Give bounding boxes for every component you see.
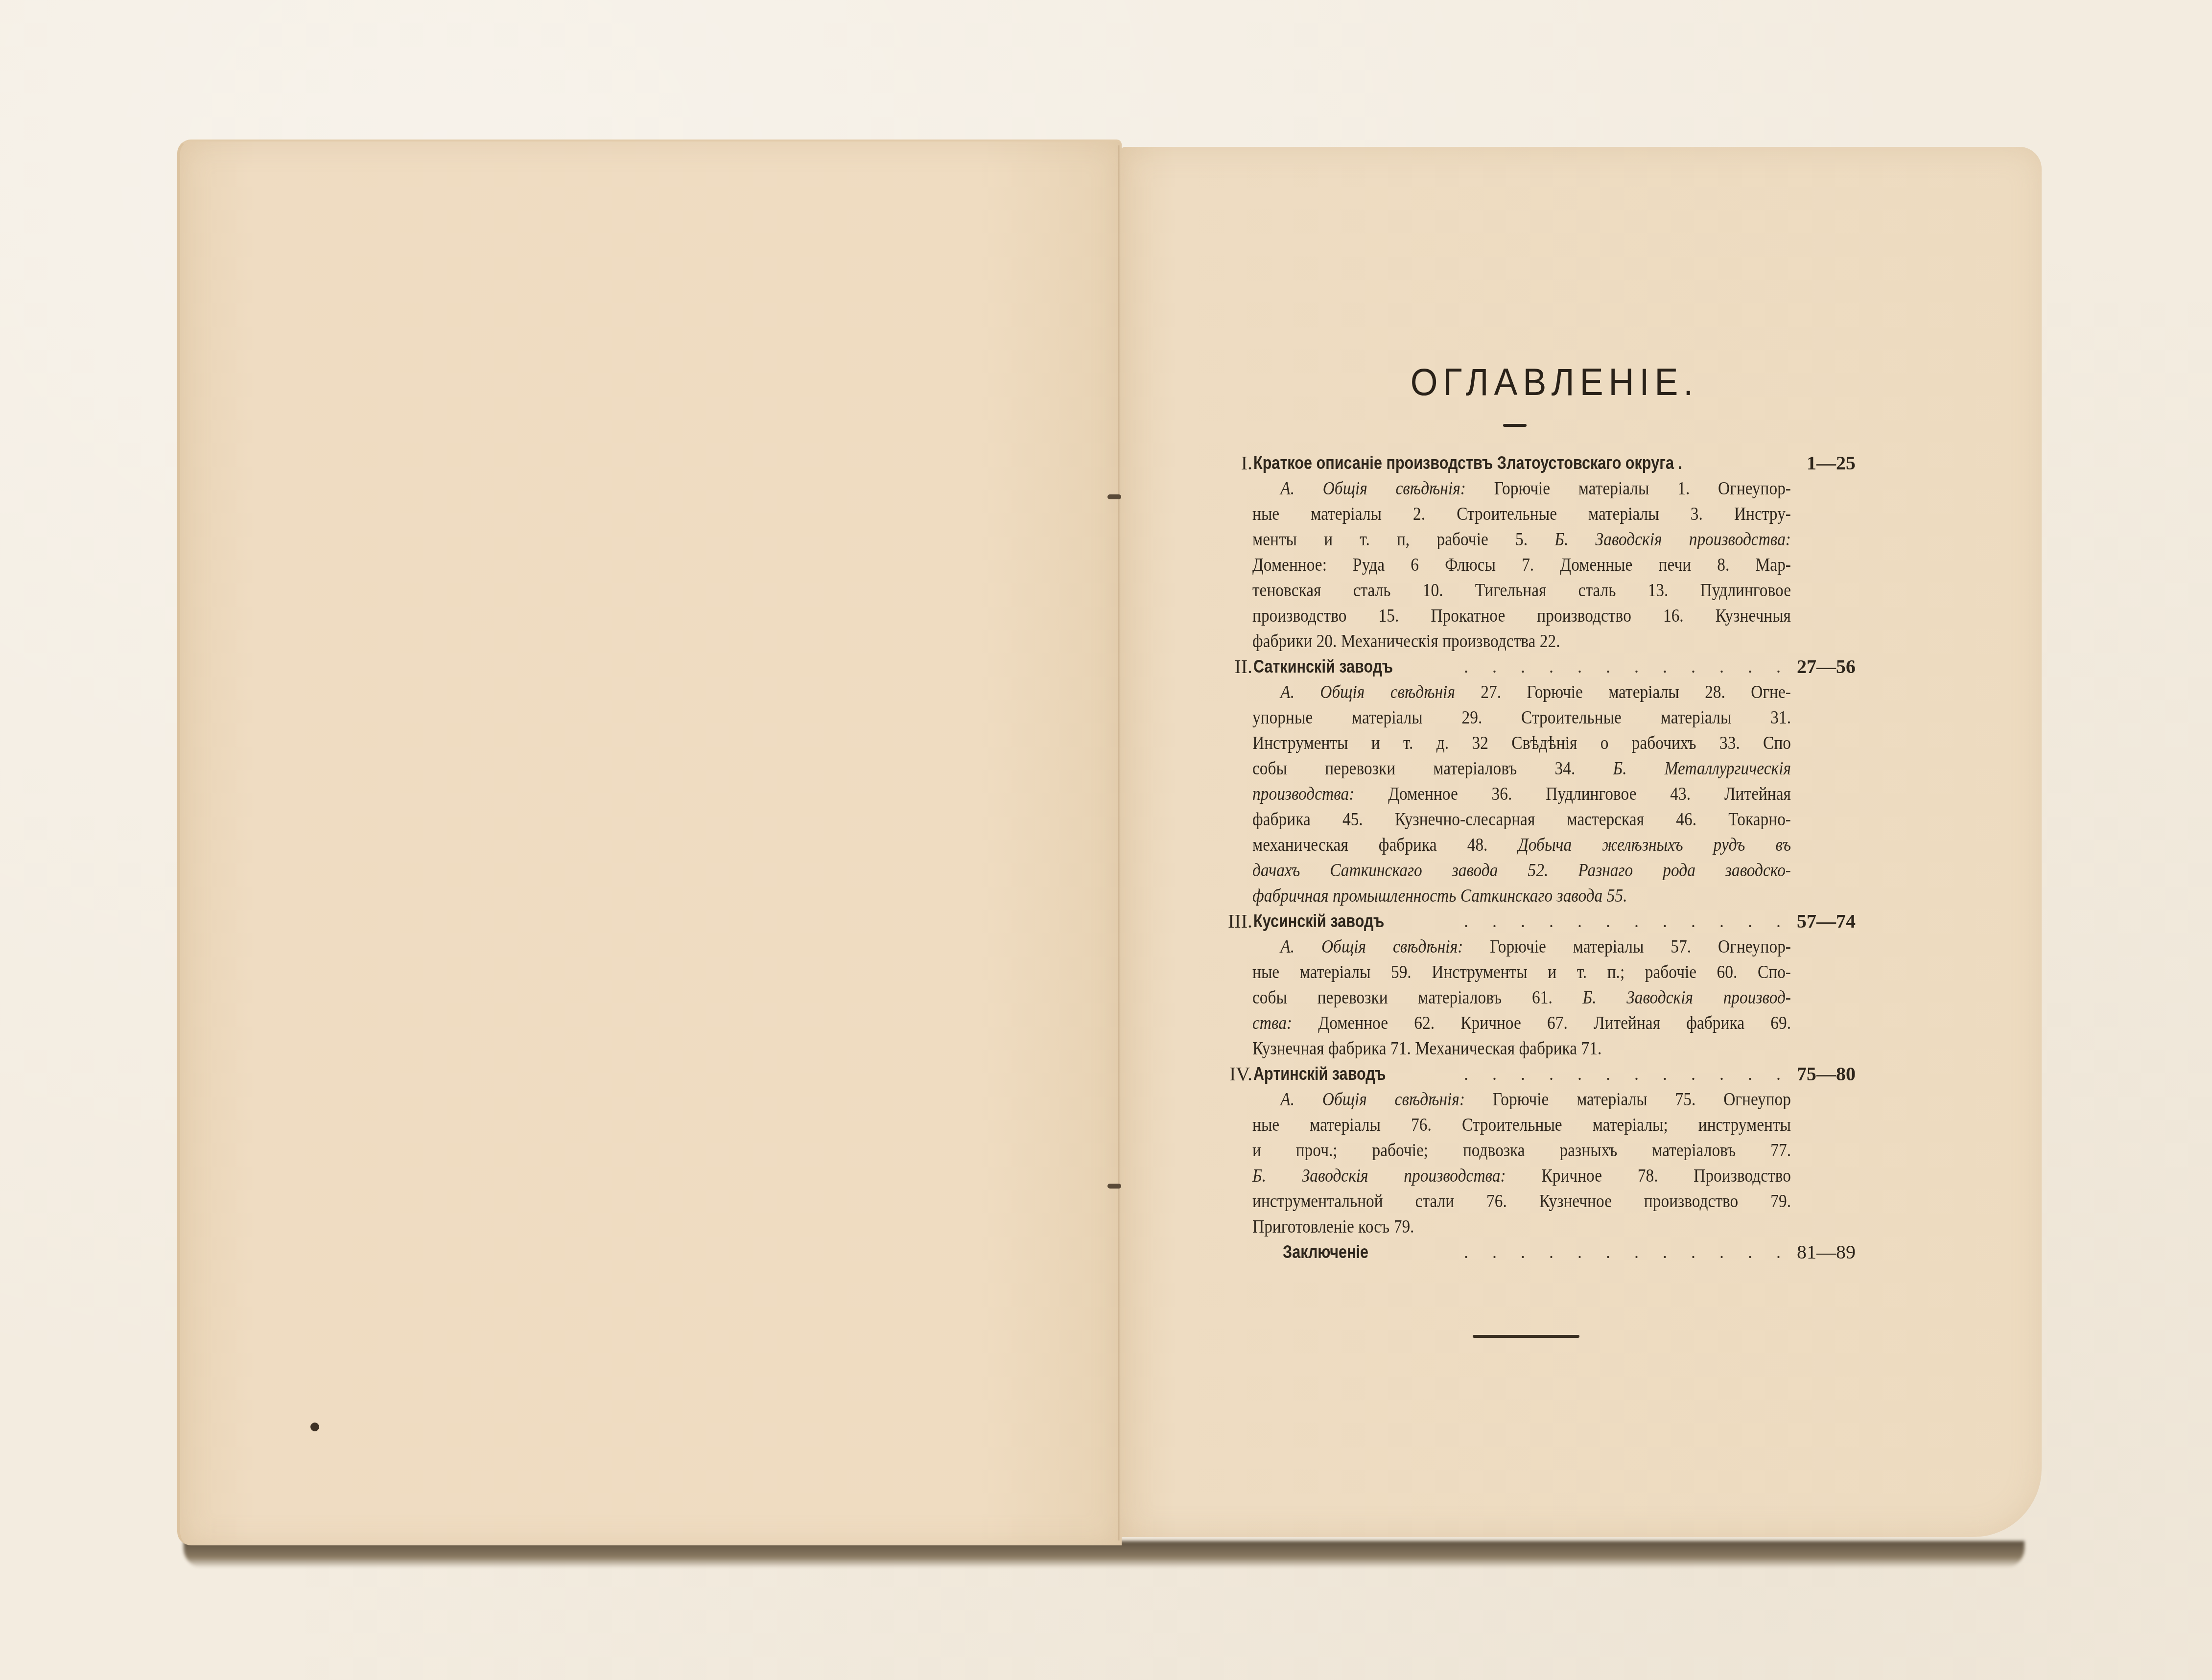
- italic-run: А. Общія свѣдѣнія:: [1280, 1089, 1465, 1110]
- text-run: Горючіе матеріалы 75. Огнеупор: [1465, 1089, 1791, 1110]
- italic-run: ства:: [1252, 1013, 1292, 1033]
- italic-run: фабричная промышленность Саткинскаго зав…: [1252, 886, 1627, 906]
- italic-run: Добыча желѣзныхъ рудъ въ: [1518, 835, 1791, 855]
- end-rule-divider: [1473, 1335, 1579, 1338]
- section-page-range: 75—80: [1797, 1061, 1856, 1087]
- section-title: Краткое описаніе производствъ Златоустов…: [1253, 450, 1682, 476]
- text-run: фабрики 20. Механическія производства 22…: [1252, 631, 1560, 652]
- toc-section: II. Саткинскій заводъ . . . . . . . . . …: [1209, 654, 1865, 909]
- toc-line: ства: Доменное 62. Кричное 67. Литейная …: [1252, 1010, 1791, 1036]
- toc-entry-header[interactable]: I. Краткое описаніе производствъ Златоус…: [1209, 450, 1865, 476]
- ink-speck: [310, 1423, 319, 1431]
- toc-line: А. Общія свѣдѣнія: Горючіе матеріалы 57.…: [1252, 934, 1791, 959]
- section-contents: А. Общія свѣдѣнія: Горючіе матеріалы 75.…: [1252, 1087, 1791, 1239]
- text-run: собы перевозки матеріаловъ 34.: [1252, 758, 1613, 779]
- book-spine: [1118, 145, 1121, 1540]
- toc-section: III. Кусинскій заводъ . . . . . . . . . …: [1209, 909, 1865, 1061]
- italic-run: дачахъ Саткинскаго завода 52. Разнаго ро…: [1252, 860, 1791, 881]
- italic-run: производства:: [1252, 784, 1354, 804]
- toc-line: ные матеріалы 59. Инструменты и т. п.; р…: [1252, 959, 1791, 985]
- text-run: Доменное 36. Пудлинговое 43. Литейная: [1354, 784, 1791, 804]
- toc-line: механическая фабрика 48. Добыча желѣзных…: [1252, 832, 1791, 858]
- toc-line: собы перевозки матеріаловъ 61. Б. Заводс…: [1252, 985, 1791, 1010]
- section-contents: А. Общія свѣдѣнія 27. Горючіе матеріалы …: [1252, 679, 1791, 909]
- text-run: Горючіе матеріалы 1. Огнеупор-: [1466, 478, 1791, 499]
- text-run: ные матеріалы 2. Строительные матеріалы …: [1252, 504, 1791, 524]
- toc-entry-header[interactable]: II. Саткинскій заводъ . . . . . . . . . …: [1209, 654, 1865, 679]
- toc-line: менты и т. п, рабочіе 5. Б. Заводскія пр…: [1252, 527, 1791, 552]
- text-run: Горючіе матеріалы 57. Огнеупор-: [1463, 936, 1791, 957]
- toc-entry-header[interactable]: IV. Артинскій заводъ . . . . . . . . . .…: [1209, 1061, 1865, 1087]
- text-run: Кузнечная фабрика 71. Механическая фабри…: [1252, 1038, 1601, 1059]
- left-page-blank: [177, 140, 1122, 1545]
- italic-run: Б. Заводскія производства:: [1252, 1166, 1506, 1186]
- italic-run: Б. Заводскія производства:: [1554, 529, 1791, 550]
- staple-top-icon: [1107, 494, 1121, 499]
- section-numeral: III.: [1228, 909, 1252, 934]
- toc-line: Приготовленіе косъ 79.: [1252, 1214, 1791, 1239]
- text-run: 27. Горючіе матеріалы 28. Огне-: [1455, 682, 1791, 702]
- italic-run: А.: [1280, 478, 1323, 499]
- toc-line: ные матеріалы 76. Строительные матеріалы…: [1252, 1112, 1791, 1138]
- section-contents: А. Общія свѣдѣнія: Горючіе матеріалы 57.…: [1252, 934, 1791, 1061]
- italic-run: Общія свѣдѣнія:: [1323, 478, 1466, 499]
- toc-line: Б. Заводскія производства: Кричное 78. П…: [1252, 1163, 1791, 1189]
- italic-run: А. Общія свѣдѣнія: [1280, 682, 1455, 702]
- section-contents: А. Общія свѣдѣнія: Горючіе матеріалы 1. …: [1252, 476, 1791, 654]
- text-run: инструментальной стали 76. Кузнечное про…: [1252, 1191, 1791, 1212]
- toc-section: I. Краткое описаніе производствъ Златоус…: [1209, 450, 1865, 654]
- text-run: ные матеріалы 76. Строительные матеріалы…: [1252, 1115, 1791, 1135]
- conclusion-title: Заключеніе: [1283, 1239, 1368, 1265]
- toc-line: упорные матеріалы 29. Строительные матер…: [1252, 705, 1791, 730]
- section-title: Саткинскій заводъ: [1253, 654, 1393, 679]
- conclusion-page-range: 81—89: [1797, 1239, 1856, 1265]
- text-run: ные матеріалы 59. Инструменты и т. п.; р…: [1252, 962, 1791, 982]
- staple-bottom-icon: [1107, 1184, 1121, 1189]
- dot-leader: . . . . . . . . . . . . . . . . . .: [1464, 1061, 1792, 1087]
- section-page-range: 57—74: [1797, 909, 1856, 934]
- toc-line: собы перевозки матеріаловъ 34. Б. Металл…: [1252, 756, 1791, 781]
- section-page-range: 27—56: [1797, 654, 1856, 679]
- dot-leader: . . . . . . . . . . . . . . . . . .: [1464, 909, 1792, 934]
- toc-entry-conclusion[interactable]: Заключеніе . . . . . . . . . . . . . . .…: [1209, 1239, 1865, 1265]
- italic-run: А. Общія свѣдѣнія:: [1280, 936, 1463, 957]
- toc-line: Кузнечная фабрика 71. Механическая фабри…: [1252, 1036, 1791, 1061]
- toc-line: фабричная промышленность Саткинскаго зав…: [1252, 883, 1791, 909]
- toc-line: А. Общія свѣдѣнія: Горючіе матеріалы 1. …: [1252, 476, 1791, 501]
- toc-line: фабрика 45. Кузнечно-слесарная мастерска…: [1252, 807, 1791, 832]
- text-run: собы перевозки матеріаловъ 61.: [1252, 987, 1582, 1008]
- section-numeral: I.: [1241, 450, 1252, 476]
- toc-line: производство 15. Прокатное производство …: [1252, 603, 1791, 629]
- toc-line: ные матеріалы 2. Строительные матеріалы …: [1252, 501, 1791, 527]
- text-run: теновская сталь 10. Тигельная сталь 13. …: [1252, 580, 1791, 601]
- toc-line: дачахъ Саткинскаго завода 52. Разнаго ро…: [1252, 858, 1791, 883]
- text-run: упорные матеріалы 29. Строительные матер…: [1252, 707, 1791, 728]
- toc-line: инструментальной стали 76. Кузнечное про…: [1252, 1189, 1791, 1214]
- text-run: и проч.; рабочіе; подвозка разныхъ матер…: [1252, 1140, 1791, 1161]
- toc-line: Доменное: Руда 6 Флюсы 7. Доменные печи …: [1252, 552, 1791, 578]
- section-numeral: IV.: [1229, 1061, 1252, 1087]
- section-title: Кусинскій заводъ: [1253, 909, 1384, 934]
- text-run: фабрика 45. Кузнечно-слесарная мастерска…: [1252, 809, 1791, 830]
- text-run: Приготовленіе косъ 79.: [1252, 1216, 1414, 1237]
- italic-run: Б. Заводскія производ-: [1582, 987, 1791, 1008]
- italic-run: Б. Металлургическія: [1613, 758, 1791, 779]
- toc-title: ОГЛАВЛЕНІЕ.: [1341, 360, 1768, 404]
- toc-entry-header[interactable]: III. Кусинскій заводъ . . . . . . . . . …: [1209, 909, 1865, 934]
- toc-section: IV. Артинскій заводъ . . . . . . . . . .…: [1209, 1061, 1865, 1239]
- toc-line: А. Общія свѣдѣнія: Горючіе матеріалы 75.…: [1252, 1087, 1791, 1112]
- dot-leader: . . . . . . . . . . . . . . . . . .: [1464, 654, 1792, 679]
- toc-line: теновская сталь 10. Тигельная сталь 13. …: [1252, 578, 1791, 603]
- toc-line: и проч.; рабочіе; подвозка разныхъ матер…: [1252, 1138, 1791, 1163]
- text-run: производство 15. Прокатное производство …: [1252, 606, 1791, 626]
- toc-line: А. Общія свѣдѣнія 27. Горючіе матеріалы …: [1252, 679, 1791, 705]
- section-title: Артинскій заводъ: [1253, 1061, 1386, 1087]
- text-run: Кричное 78. Производство: [1506, 1166, 1791, 1186]
- text-run: Доменное 62. Кричное 67. Литейная фабрик…: [1292, 1013, 1791, 1033]
- toc-line: производства: Доменное 36. Пудлинговое 4…: [1252, 781, 1791, 807]
- section-numeral: II.: [1234, 654, 1252, 679]
- table-of-contents: I. Краткое описаніе производствъ Златоус…: [1209, 450, 1865, 1265]
- section-page-range: 1—25: [1807, 450, 1856, 476]
- title-rule-divider: [1503, 424, 1527, 427]
- dot-leader: . . . . . . . . . . . . . . . . . .: [1464, 1239, 1792, 1265]
- toc-line: фабрики 20. Механическія производства 22…: [1252, 629, 1791, 654]
- text-run: менты и т. п, рабочіе 5.: [1252, 529, 1554, 550]
- toc-line: Инструменты и т. д. 32 Свѣдѣнія о рабочи…: [1252, 730, 1791, 756]
- text-run: Инструменты и т. д. 32 Свѣдѣнія о рабочи…: [1252, 733, 1791, 753]
- text-run: механическая фабрика 48.: [1252, 835, 1518, 855]
- text-run: Доменное: Руда 6 Флюсы 7. Доменные печи …: [1252, 555, 1791, 575]
